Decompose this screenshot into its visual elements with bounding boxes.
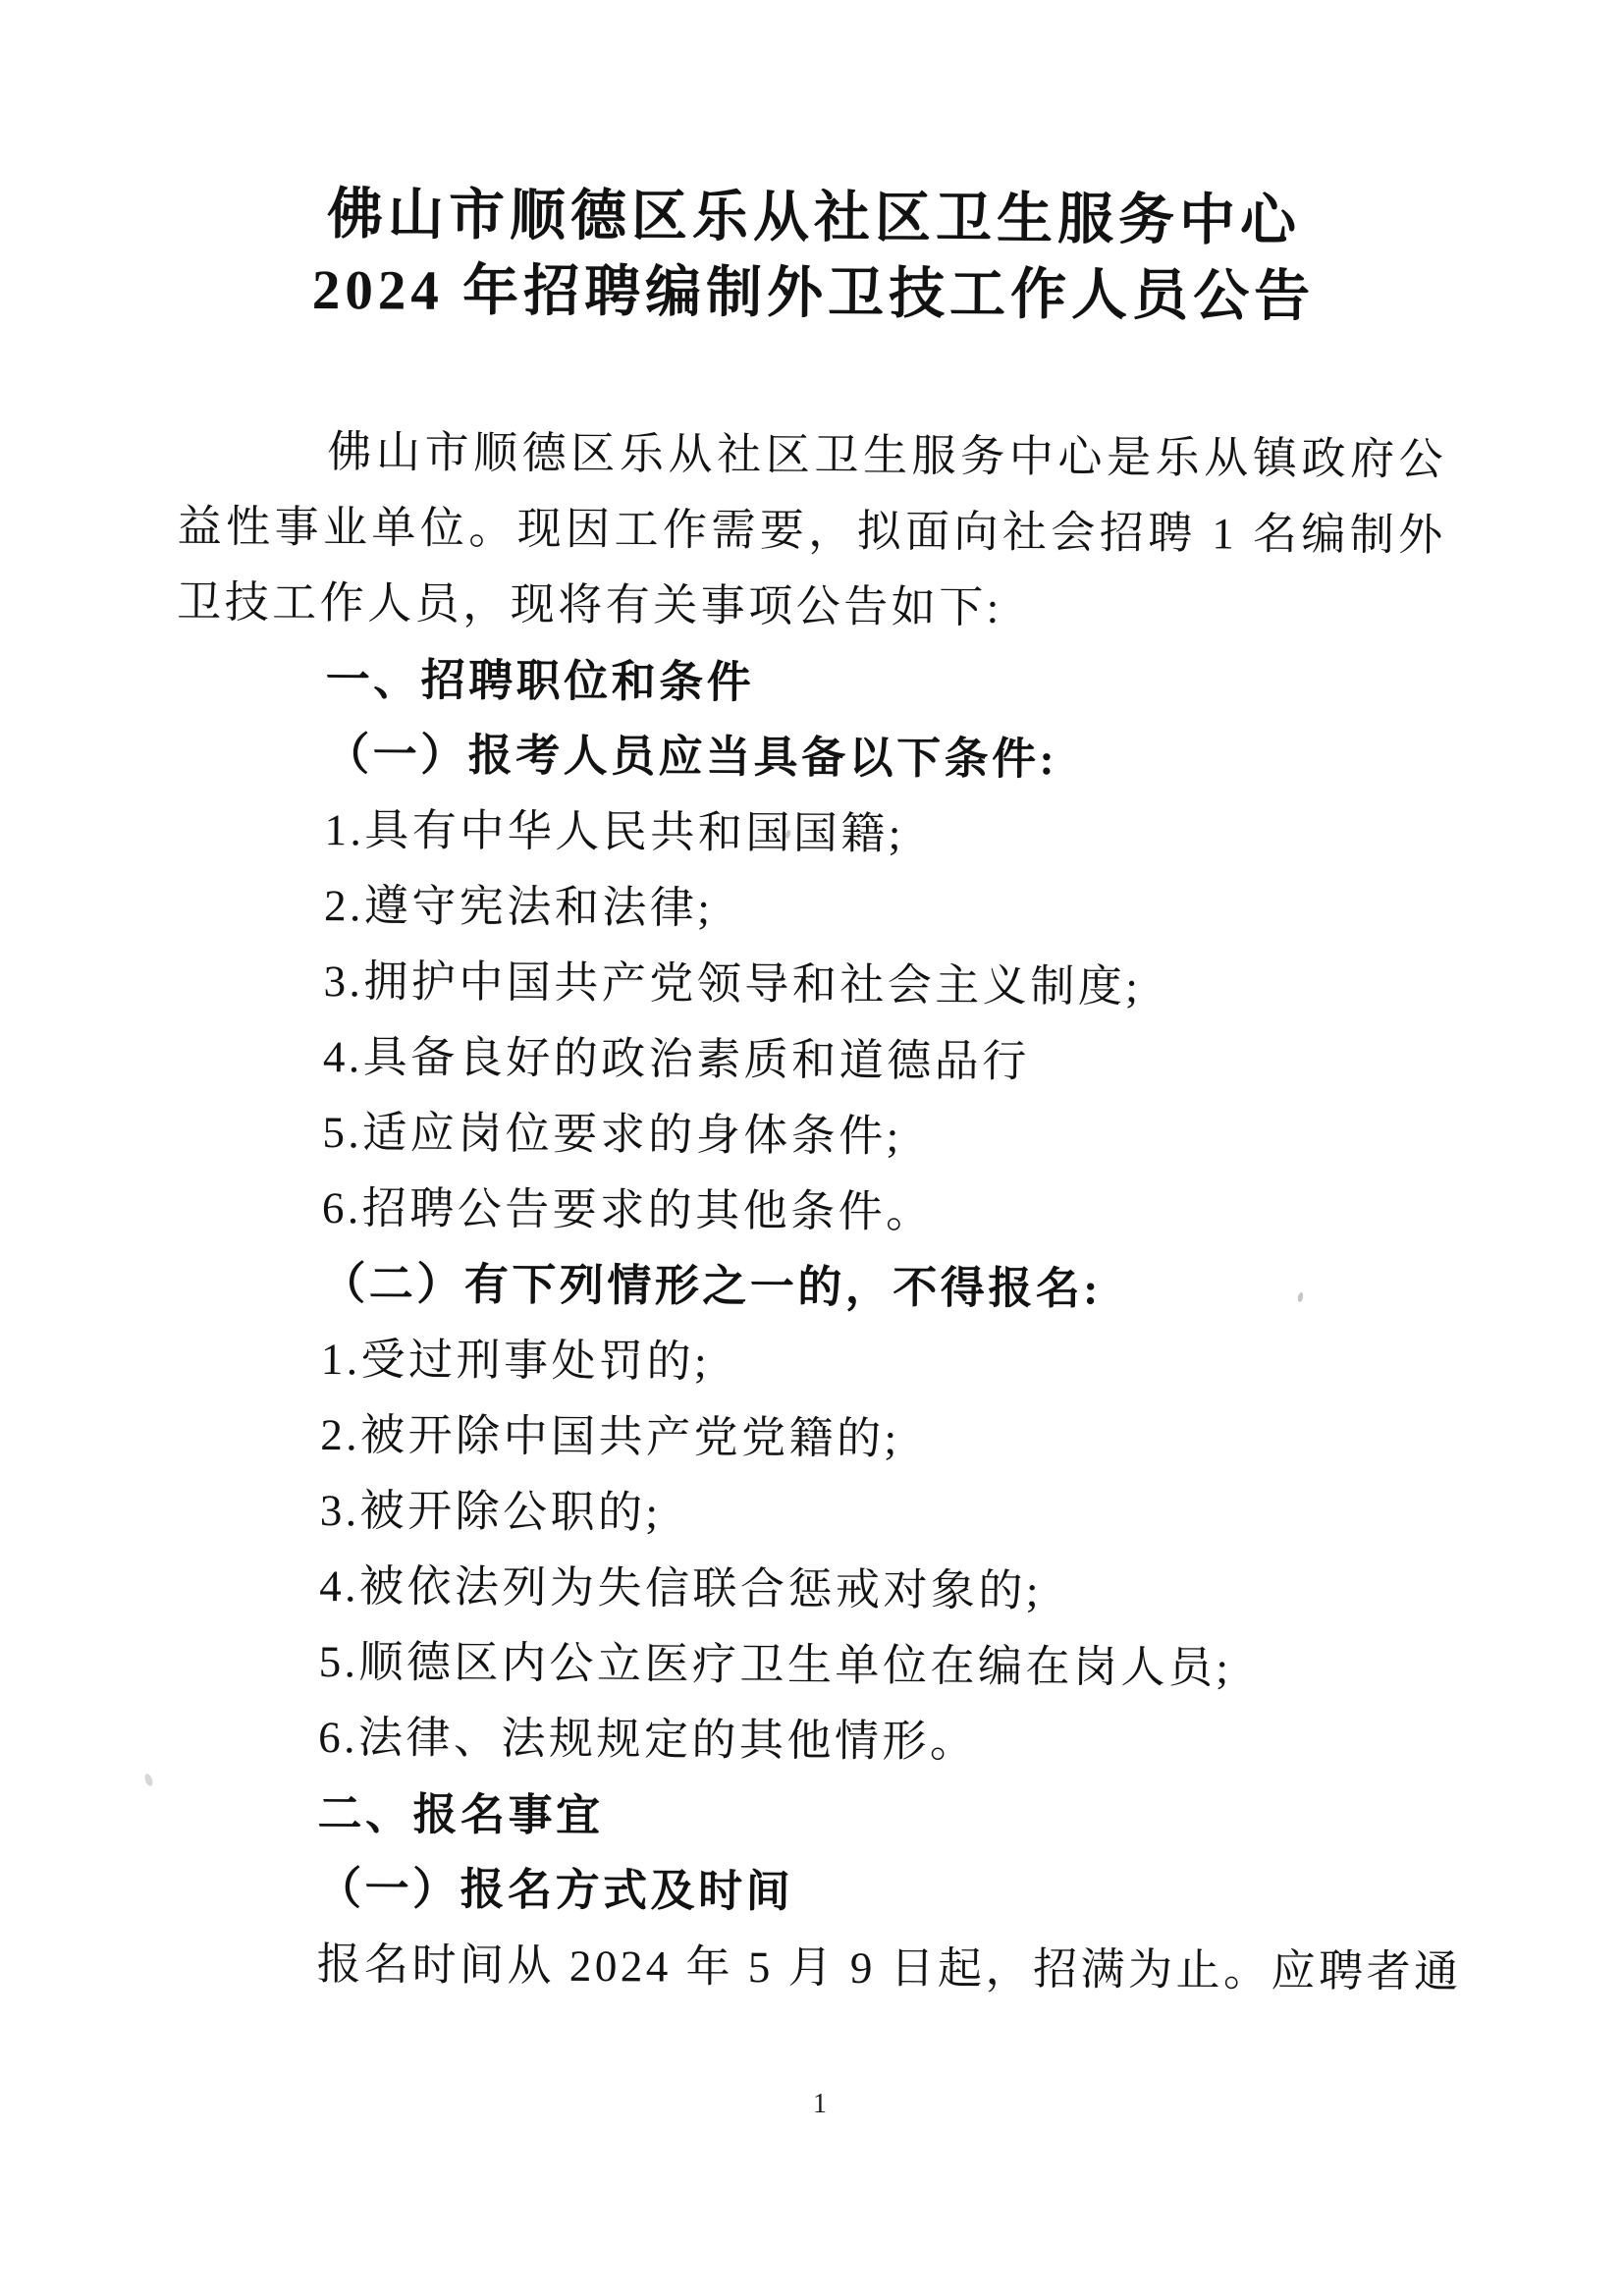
intro-paragraph: 佛山市顺德区乐从社区卫生服务中心是乐从镇政府公益性事业单位。现因工作需要，拟面向…	[177, 413, 1447, 649]
list-item: 1.具有中华人民共和国国籍;	[175, 792, 1444, 876]
list-item: 4.具备良好的政治素质和道德品行	[174, 1018, 1443, 1103]
section-1-sub-1-heading: （一）报考人员应当具备以下条件:	[176, 716, 1445, 800]
scan-speck	[143, 1773, 154, 1787]
document-title: 佛山市顺德区乐从社区卫生服务中心 2024 年招聘编制外卫技工作人员公告	[179, 176, 1448, 336]
list-item: 1.受过刑事处罚的;	[172, 1321, 1441, 1405]
section-1-heading: 一、招聘职位和条件	[176, 640, 1445, 725]
page-number: 1	[746, 2088, 893, 2121]
list-item: 2.被开除中国共产党党籍的;	[171, 1396, 1440, 1481]
document-body: 佛山市顺德区乐从社区卫生服务中心是乐从镇政府公益性事业单位。现因工作需要，拟面向…	[167, 413, 1446, 2010]
document-content: 佛山市顺德区乐从社区卫生服务中心 2024 年招聘编制外卫技工作人员公告 佛山市…	[167, 176, 1448, 2010]
section-2-paragraph: 报名时间从 2024 年 5 月 9 日起，招满为止。应聘者通	[167, 1926, 1436, 2010]
title-line-1: 佛山市顺德区乐从社区卫生服务中心	[180, 176, 1449, 260]
list-item: 3.拥护中国共产党领导和社会主义制度;	[174, 943, 1443, 1027]
section-2-sub-1-heading: （一）报名方式及时间	[168, 1850, 1437, 1935]
list-item: 5.适应岗位要求的身体条件;	[173, 1094, 1442, 1178]
title-line-2: 2024 年招聘编制外卫技工作人员公告	[179, 251, 1448, 336]
section-1-sub-2-heading: （二）有下列情形之一的，不得报名:	[172, 1245, 1441, 1330]
list-item: 2.遵守宪法和法律;	[175, 867, 1444, 952]
list-item: 5.顺德区内公立医疗卫生单位在编在岗人员;	[169, 1623, 1438, 1708]
section-2-heading: 二、报名事宜	[168, 1775, 1437, 1859]
list-item: 3.被开除公职的;	[171, 1472, 1440, 1557]
list-item: 4.被依法列为失信联合惩戒对象的;	[170, 1548, 1439, 1632]
document-page: 佛山市顺德区乐从社区卫生服务中心 2024 年招聘编制外卫技工作人员公告 佛山市…	[0, 0, 1623, 2296]
list-item: 6.法律、法规规定的其他情形。	[169, 1699, 1438, 1783]
list-item: 6.招聘公告要求的其他条件。	[173, 1170, 1442, 1254]
